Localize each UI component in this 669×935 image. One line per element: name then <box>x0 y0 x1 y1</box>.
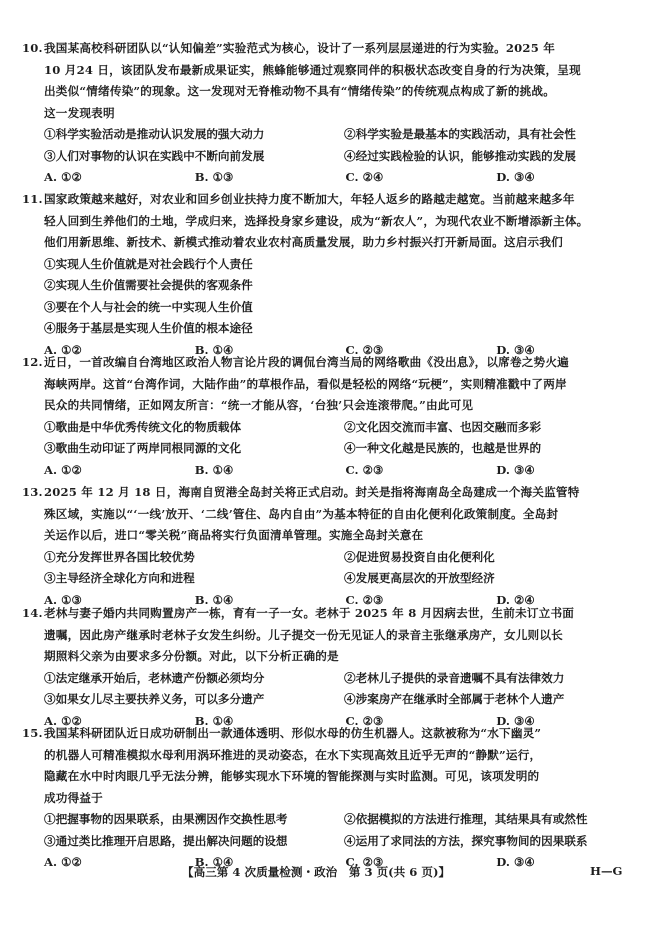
exam-page: 10.我国某高校科研团队以“认知偏差”实验范式为核心，设计了一系列层层递进的行为… <box>0 0 669 935</box>
options-row: ①科学实验活动是推动认识发展的强大动力 ②科学实验是最基本的实践活动，具有社会性 <box>22 124 647 146</box>
stem-line: 2025 年 12 月 18 日，海南自贸港全岛封关将正式启动。封关是指将海南岛… <box>44 485 579 499</box>
options-row: ①把握事物的因果联系，由果溯因作交换性思考 ②依据模拟的方法进行推理，其结果具有… <box>22 809 647 831</box>
question-stem: 12.近日，一首改编自台湾地区政治人物言论片段的调侃台湾当局的网络歌曲《没出息》… <box>22 352 647 417</box>
question-10: 10.我国某高校科研团队以“认知偏差”实验范式为核心，设计了一系列层层递进的行为… <box>22 38 647 189</box>
answer-d: D. ③④ <box>496 167 647 189</box>
option-3: ③歌曲生动印证了两岸同根同源的文化 <box>44 438 344 460</box>
option-4: ④经过实践检验的认识，能够推动实践的发展 <box>344 146 644 168</box>
answer-choices: A. ①② B. ①④ C. ②③ D. ③④ <box>22 460 647 482</box>
question-number: 12. <box>22 352 44 374</box>
stem-line: 出类似“情绪传染”的现象。这一发现对无脊椎动物不具有“情绪传染”的传统观点构成了… <box>22 81 647 103</box>
question-11: 11.国家政策越来越好，对农业和回乡创业扶持力度不断加大，年轻人返乡的路越走越宽… <box>22 189 647 361</box>
stem-line: 遗嘱，因此房产继承时老林子女发生纠纷。儿子提交一份无见证人的录音主张继承房产，女… <box>22 625 647 647</box>
question-number: 15. <box>22 723 44 745</box>
stem-line: 国家政策越来越好，对农业和回乡创业扶持力度不断加大，年轻人返乡的路越走越宽。当前… <box>44 192 575 206</box>
stem-line: 期照料父亲为由要求多分份额。对此，以下分析正确的是 <box>22 646 647 668</box>
options-row: ③要在个人与社会的统一中实现人生价值 <box>22 297 647 319</box>
option-1: ①实现人生价值就是对社会践行个人责任 <box>44 254 253 276</box>
stem-line: 我国某科研团队近日成功研制出一款通体透明、形似水母的仿生机器人。这款被称为“水下… <box>44 726 541 740</box>
option-4: ④涉案房产在继承时全部属于老林个人遗产 <box>344 689 644 711</box>
answer-c: C. ②③ <box>346 460 497 482</box>
option-2: ②实现人生价值需要社会提供的客观条件 <box>44 275 253 297</box>
stem-line: 的机器人可精准模拟水母利用涡环推进的灵动姿态，在水下实现高效且近乎无声的“静默”… <box>22 745 647 767</box>
option-1: ①充分发挥世界各国比较优势 <box>44 547 344 569</box>
option-3: ③如果女儿尽主要扶养义务，可以多分遗产 <box>44 689 344 711</box>
answer-b: B. ①④ <box>195 460 346 482</box>
stem-line: 隐藏在水中时肉眼几乎无法分辨，能够实现水下环境的智能探测与实时监测。可见，该项发… <box>22 766 647 788</box>
option-1: ①把握事物的因果联系，由果溯因作交换性思考 <box>44 809 344 831</box>
question-stem: 15.我国某科研团队近日成功研制出一款通体透明、形似水母的仿生机器人。这款被称为… <box>22 723 647 809</box>
footer-title: 【高三第 4 次质量检测・政治 第 3 页(共 6 页)】 <box>182 864 450 880</box>
question-number: 13. <box>22 482 44 504</box>
stem-line: 他们用新思维、新技术、新模式推动着农业农村高质量发展，助力乡村振兴打开新局面。这… <box>22 232 647 254</box>
option-2: ②文化因交流而丰富、也因交融而多彩 <box>344 417 644 439</box>
options-row: ③如果女儿尽主要扶养义务，可以多分遗产 ④涉案房产在继承时全部属于老林个人遗产 <box>22 689 647 711</box>
stem-line: 成功得益于 <box>22 788 647 810</box>
option-3: ③要在个人与社会的统一中实现人生价值 <box>44 297 253 319</box>
stem-line: 老林与妻子婚内共同购置房产一栋，育有一子一女。老林于 2025 年 8 月因病去… <box>44 606 574 620</box>
question-12: 12.近日，一首改编自台湾地区政治人物言论片段的调侃台湾当局的网络歌曲《没出息》… <box>22 352 647 481</box>
option-3: ③人们对事物的认识在实践中不断向前发展 <box>44 146 344 168</box>
option-4: ④发展更高层次的开放型经济 <box>344 568 644 590</box>
footer-code: H—G <box>590 864 622 878</box>
answer-choices: A. ①② B. ①③ C. ②④ D. ③④ <box>22 167 647 189</box>
stem-line: 我国某高校科研团队以“认知偏差”实验范式为核心，设计了一系列层层递进的行为实验。… <box>44 41 555 55</box>
stem-line: 海峡两岸。这首“台湾作词，大陆作曲”的草根作品，看似是轻松的网络“玩梗”，实则精… <box>22 374 647 396</box>
question-number: 11. <box>22 189 44 211</box>
option-4: ④运用了求同法的方法，探究事物间的因果联系 <box>344 831 644 853</box>
option-2: ②老林儿子提供的录音遗嘱不具有法律效力 <box>344 668 644 690</box>
option-2: ②科学实验是最基本的实践活动，具有社会性 <box>344 124 644 146</box>
options-row: ④服务于基层是实现人生价值的根本途径 <box>22 318 647 340</box>
answer-a: A. ①② <box>44 167 195 189</box>
question-stem: 10.我国某高校科研团队以“认知偏差”实验范式为核心，设计了一系列层层递进的行为… <box>22 38 647 124</box>
option-1: ①歌曲是中华优秀传统文化的物质载体 <box>44 417 344 439</box>
answer-a: A. ①② <box>44 460 195 482</box>
question-number: 14. <box>22 603 44 625</box>
question-stem: 13.2025 年 12 月 18 日，海南自贸港全岛封关将正式启动。封关是指将… <box>22 482 647 547</box>
stem-line: 殊区域，实施以“‘一线’放开、‘二线’管住、岛内自由”为基本特征的自由化便利化政… <box>22 504 647 526</box>
question-15: 15.我国某科研团队近日成功研制出一款通体透明、形似水母的仿生机器人。这款被称为… <box>22 723 647 874</box>
answer-d: D. ③④ <box>496 852 647 874</box>
stem-line: 民众的共同情绪，正如网友所言：“统一才能从容，‘台独’只会连滚带爬。”由此可见 <box>22 395 647 417</box>
options-row: ①充分发挥世界各国比较优势 ②促进贸易投资自由化便利化 <box>22 547 647 569</box>
option-2: ②促进贸易投资自由化便利化 <box>344 547 644 569</box>
answer-c: C. ②④ <box>346 167 497 189</box>
options-row: ①实现人生价值就是对社会践行个人责任 <box>22 254 647 276</box>
question-stem: 14.老林与妻子婚内共同购置房产一栋，育有一子一女。老林于 2025 年 8 月… <box>22 603 647 668</box>
stem-line: 10 月24 日，该团队发布最新成果证实，熊蜂能够通过观察同伴的积极状态改变自身… <box>22 60 647 82</box>
options-row: ③主导经济全球化方向和进程 ④发展更高层次的开放型经济 <box>22 568 647 590</box>
option-1: ①法定继承开始后，老林遗产份额必须均分 <box>44 668 344 690</box>
option-4: ④一种文化越是民族的，也越是世界的 <box>344 438 644 460</box>
question-number: 10. <box>22 38 44 60</box>
option-1: ①科学实验活动是推动认识发展的强大动力 <box>44 124 344 146</box>
option-2: ②依据模拟的方法进行推理，其结果具有或然性 <box>344 809 644 831</box>
stem-line: 这一发现表明 <box>22 103 647 125</box>
question-stem: 11.国家政策越来越好，对农业和回乡创业扶持力度不断加大，年轻人返乡的路越走越宽… <box>22 189 647 254</box>
options-row: ③通过类比推理开启思路，提出解决问题的设想 ④运用了求同法的方法，探究事物间的因… <box>22 831 647 853</box>
answer-b: B. ①③ <box>195 167 346 189</box>
question-13: 13.2025 年 12 月 18 日，海南自贸港全岛封关将正式启动。封关是指将… <box>22 482 647 611</box>
question-14: 14.老林与妻子婚内共同购置房产一栋，育有一子一女。老林于 2025 年 8 月… <box>22 603 647 732</box>
stem-line: 轻人回到生养他们的土地，学成归来，选择投身家乡建设，成为“新农人”，为现代农业不… <box>22 211 647 233</box>
option-3: ③通过类比推理开启思路，提出解决问题的设想 <box>44 831 344 853</box>
options-row: ③歌曲生动印证了两岸同根同源的文化 ④一种文化越是民族的，也越是世界的 <box>22 438 647 460</box>
options-row: ①歌曲是中华优秀传统文化的物质载体 ②文化因交流而丰富、也因交融而多彩 <box>22 417 647 439</box>
answer-a: A. ①② <box>44 852 195 874</box>
option-4: ④服务于基层是实现人生价值的根本途径 <box>44 318 253 340</box>
answer-d: D. ③④ <box>496 460 647 482</box>
options-row: ②实现人生价值需要社会提供的客观条件 <box>22 275 647 297</box>
option-3: ③主导经济全球化方向和进程 <box>44 568 344 590</box>
options-row: ③人们对事物的认识在实践中不断向前发展 ④经过实践检验的认识，能够推动实践的发展 <box>22 146 647 168</box>
stem-line: 关运作以后，进口“零关税”商品将实行负面清单管理。实施全岛封关意在 <box>22 525 647 547</box>
options-row: ①法定继承开始后，老林遗产份额必须均分 ②老林儿子提供的录音遗嘱不具有法律效力 <box>22 668 647 690</box>
stem-line: 近日，一首改编自台湾地区政治人物言论片段的调侃台湾当局的网络歌曲《没出息》，以席… <box>44 355 569 369</box>
